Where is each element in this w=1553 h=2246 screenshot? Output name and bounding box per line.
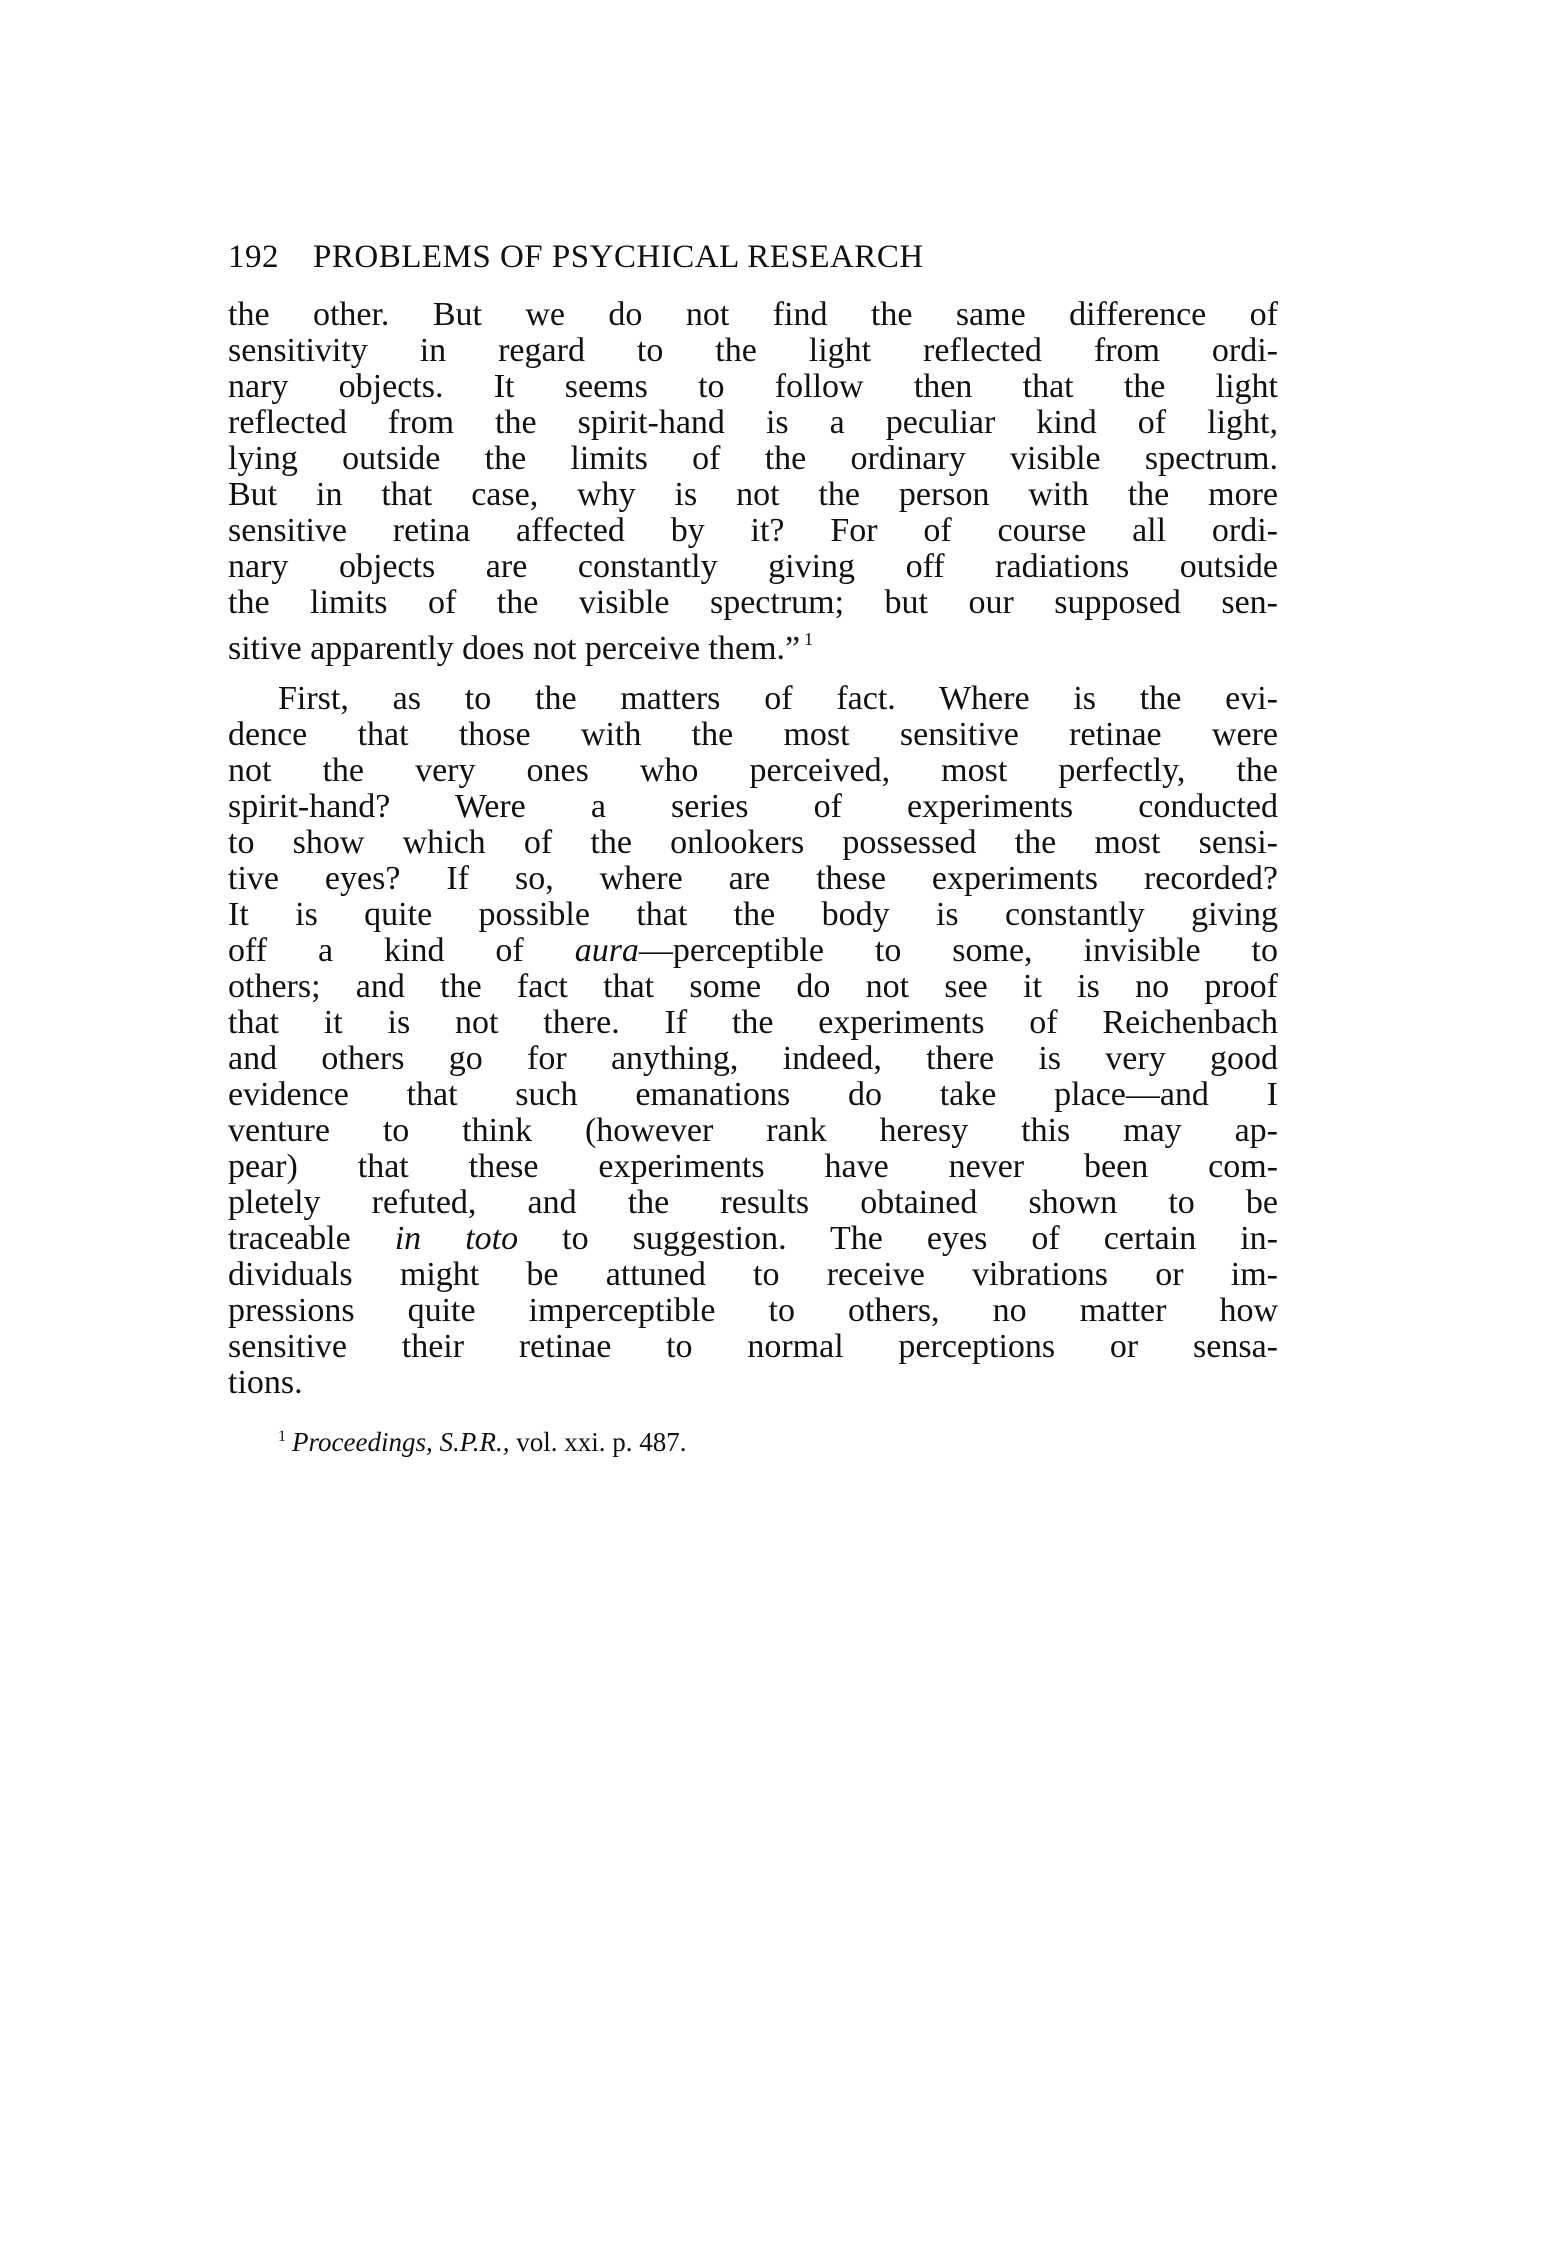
text-line: not the very ones who perceived, most pe… xyxy=(228,753,1278,789)
footnote-citation: vol. xxi. p. 487. xyxy=(509,1427,686,1457)
body-text: the other. But we do not find the same d… xyxy=(228,297,1278,1401)
book-page: 192 PROBLEMS OF PSYCHICAL RESEARCH the o… xyxy=(228,232,1278,1458)
running-header: 192 PROBLEMS OF PSYCHICAL RESEARCH xyxy=(228,232,1278,282)
paragraph-2: First, as to the matters of fact. Where … xyxy=(228,681,1278,1401)
text-segment: traceable xyxy=(228,1220,395,1257)
text-line: But in that case, why is not the person … xyxy=(228,477,1278,513)
text-line: sitive apparently does not perceive them… xyxy=(228,621,1278,657)
text-line: the other. But we do not find the same d… xyxy=(228,297,1278,333)
text-line: to show which of the onlookers possessed… xyxy=(228,825,1278,861)
text-line-with-italic: off a kind of aura—perceptible to some, … xyxy=(228,933,1278,969)
text-line: pletely refuted, and the results obtaine… xyxy=(228,1185,1278,1221)
text-line: dividuals might be attuned to receive vi… xyxy=(228,1257,1278,1293)
text-line: the limits of the visible spectrum; but … xyxy=(228,585,1278,621)
footnote: 1Proceedings, S.P.R., vol. xxi. p. 487. xyxy=(228,1421,1278,1458)
text-line: pressions quite imperceptible to others,… xyxy=(228,1293,1278,1329)
paragraph-1: the other. But we do not find the same d… xyxy=(228,297,1278,657)
text-segment: to suggestion. The eyes of certain in- xyxy=(518,1220,1278,1257)
text-line: It is quite possible that the body is co… xyxy=(228,897,1278,933)
text-line: lying outside the limits of the ordinary… xyxy=(228,441,1278,477)
text-line: dence that those with the most sensitive… xyxy=(228,717,1278,753)
footnote-marker: 1 xyxy=(278,1428,286,1445)
italic-term-aura: aura xyxy=(575,932,639,969)
text-line: pear) that these experiments have never … xyxy=(228,1149,1278,1185)
text-line: others; and the fact that some do not se… xyxy=(228,969,1278,1005)
text-line-with-italic: traceable in toto to suggestion. The eye… xyxy=(228,1221,1278,1257)
text-line: that it is not there. If the experiments… xyxy=(228,1005,1278,1041)
footnote-reference[interactable]: 1 xyxy=(804,629,813,649)
text-line: First, as to the matters of fact. Where … xyxy=(228,681,1278,717)
text-line: sensitive retina affected by it? For of … xyxy=(228,513,1278,549)
text-line: reflected from the spirit-hand is a pecu… xyxy=(228,405,1278,441)
text-line: sensitive their retinae to normal percep… xyxy=(228,1329,1278,1365)
page-number: 192 xyxy=(228,232,279,282)
text-line: tive eyes? If so, where are these experi… xyxy=(228,861,1278,897)
text-segment: —perceptible to some, invisible to xyxy=(639,932,1278,969)
italic-term-in-toto: in toto xyxy=(395,1220,518,1257)
text-line: nary objects. It seems to follow then th… xyxy=(228,369,1278,405)
text-segment: off a kind of xyxy=(228,932,575,969)
text-line: venture to think (however rank heresy th… xyxy=(228,1113,1278,1149)
text-line: spirit-hand? Were a series of experiment… xyxy=(228,789,1278,825)
text-line: and others go for anything, indeed, ther… xyxy=(228,1041,1278,1077)
footnote-source: Proceedings, S.P.R., xyxy=(292,1427,509,1457)
text-line: sensitivity in regard to the light refle… xyxy=(228,333,1278,369)
text-line-content: sitive apparently does not perceive them… xyxy=(228,630,800,667)
text-line: tions. xyxy=(228,1365,1278,1401)
text-line: nary objects are constantly giving off r… xyxy=(228,549,1278,585)
running-title: PROBLEMS OF PSYCHICAL RESEARCH xyxy=(313,232,924,282)
text-line: evidence that such emanations do take pl… xyxy=(228,1077,1278,1113)
